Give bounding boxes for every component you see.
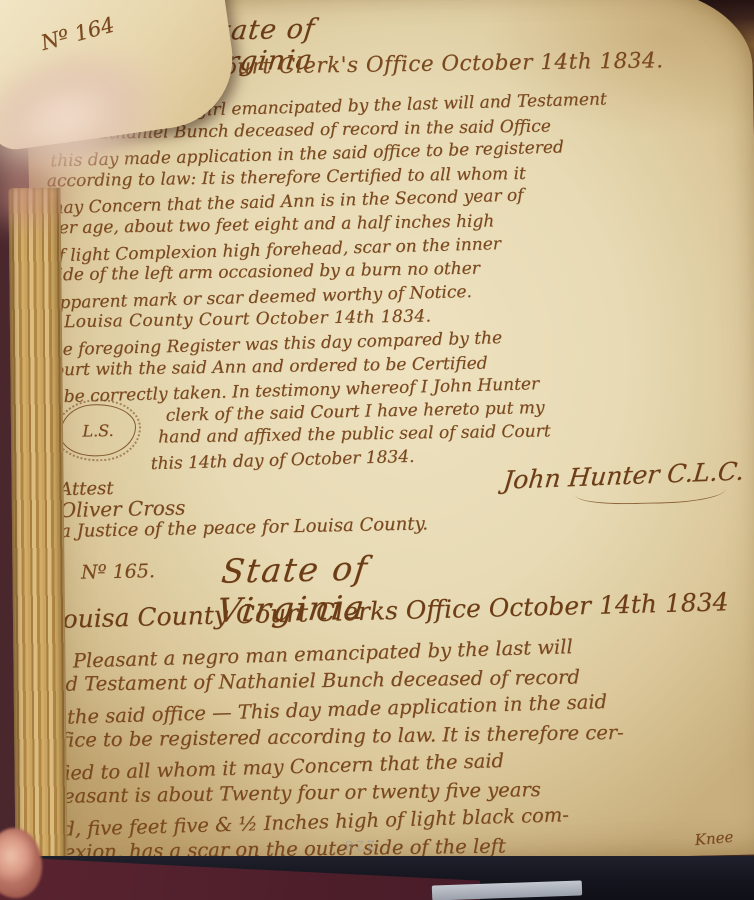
photograph-of-register-book: Nº 164. State of Virginia Louisa County … xyxy=(0,0,754,900)
seal-ls-text: L.S. xyxy=(82,420,114,440)
record-165-body: Pleasant a negro man emancipated by the … xyxy=(41,630,754,869)
book-fore-edge-pages xyxy=(8,188,67,861)
attest-block: Attest Oliver Cross a Justice of the pea… xyxy=(59,471,428,542)
faint-page-stamp: 228 xyxy=(343,837,376,854)
blurred-finger-shadow xyxy=(0,150,80,240)
catchword: Knee xyxy=(694,828,734,849)
record-165-dateline: Louisa County Court Clerks Office Octobe… xyxy=(46,587,729,634)
clerk-seal-mark: L.S. xyxy=(59,403,136,457)
signature-flourish xyxy=(575,489,725,505)
record-165-number: Nº 165. xyxy=(81,560,155,584)
